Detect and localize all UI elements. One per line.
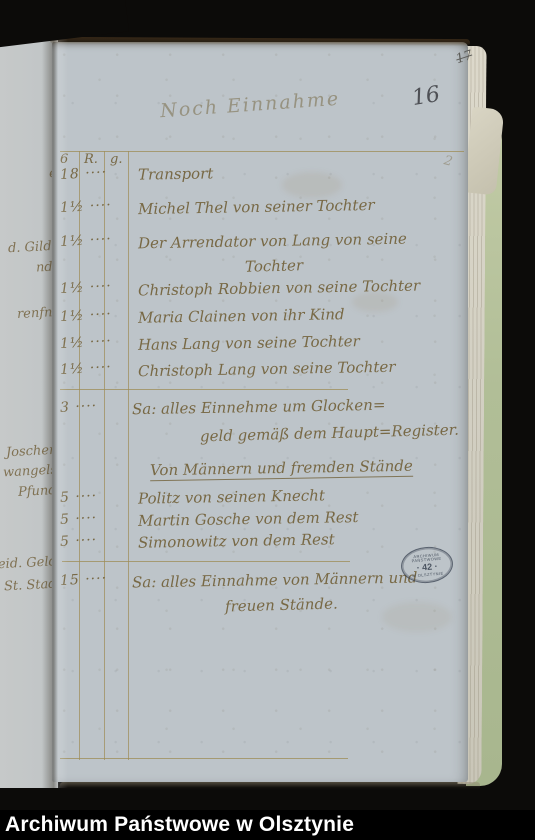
entry-text: Transport — [138, 164, 214, 183]
archive-photo: e d. Gildt nd. renfn. Joschen wangels Pf… — [0, 0, 535, 840]
section-heading: Von Männern und fremden Stände — [150, 457, 413, 482]
entry-text: Sa: alles Einnahme von Männern und — [132, 569, 418, 592]
archive-name: Archiwum Państwowe w Olsztynie — [0, 813, 354, 837]
amount-cell: 3 ···· — [60, 396, 137, 416]
page-title: Noch Einnahme — [159, 88, 340, 123]
entry-text: Maria Clainen von ihr Kind — [138, 305, 345, 327]
ledger-row: 1½ ···· Hans Lang von seine Tochter — [52, 334, 468, 360]
ledger-row: 1½ ···· Michel Thel von seiner Tochter — [52, 198, 468, 224]
page-bottom-edge — [60, 782, 480, 790]
ledger-row: 1½ ···· Christoph Lang von seine Tochter — [52, 360, 468, 386]
entry-text: Martin Gosche von dem Rest — [138, 508, 359, 530]
amount-cell: 1½ ···· — [60, 196, 137, 216]
ledger-row: 1½ ···· Der Arrendator von Lang von sein… — [52, 232, 468, 258]
amount-cell: 5 ···· — [60, 508, 137, 528]
amount-cell: 1½ ···· — [60, 358, 137, 378]
section-separator-rule — [62, 561, 350, 562]
amount-cell: 1½ ···· — [60, 305, 137, 325]
amount-cell: 15 ···· — [60, 569, 137, 589]
entry-text: Christoph Lang von seine Tochter — [138, 358, 396, 380]
amount-cell: 5 ···· — [60, 530, 137, 550]
section-separator-rule — [60, 389, 348, 390]
entry-text-continued: geld gemäß dem Haupt=Register. — [200, 421, 459, 446]
paper-stain — [382, 602, 452, 632]
archive-caption-bar: Archiwum Państwowe w Olsztynie — [0, 810, 535, 840]
entry-text: Politz von seinen Knecht — [138, 486, 325, 507]
entry-text-continued: freuen Stände. — [225, 595, 338, 616]
amount-cell: 1½ ···· — [60, 277, 137, 297]
entry-text: Christoph Robbien von seine Tochter — [138, 277, 420, 300]
entry-text: Der Arrendator von Lang von seine — [138, 230, 407, 253]
amount-cell: 5 ···· — [60, 486, 137, 506]
amount-cell: 1½ ···· — [60, 332, 137, 352]
ledger-row: 3 ···· Sa: alles Einnehme um Glocken= ge… — [52, 398, 468, 424]
ledger-row: 1½ ···· Maria Clainen von ihr Kind — [52, 307, 468, 333]
ledger-row: 18 ···· Transport — [52, 165, 468, 191]
entry-text: Simonowitz von dem Rest — [138, 530, 335, 551]
manuscript-page: Noch Einnahme 16 17 2 6 R. g. 18 ···· Tr… — [52, 42, 468, 782]
entry-text-continued: Tochter — [245, 256, 303, 276]
amount-cell: 18 ···· — [60, 163, 137, 183]
ledger-row: 1½ ···· Christoph Robbien von seine Toch… — [52, 279, 468, 305]
amount-cell: 1½ ···· — [60, 230, 137, 250]
folio-number: 16 — [410, 82, 442, 111]
entry-text: Hans Lang von seine Tochter — [138, 332, 360, 354]
table-bottom-rule — [60, 758, 348, 759]
entry-text: Michel Thel von seiner Tochter — [138, 196, 375, 218]
entry-text: Sa: alles Einnehme um Glocken= — [132, 396, 386, 418]
gutter-shadow — [42, 28, 68, 788]
